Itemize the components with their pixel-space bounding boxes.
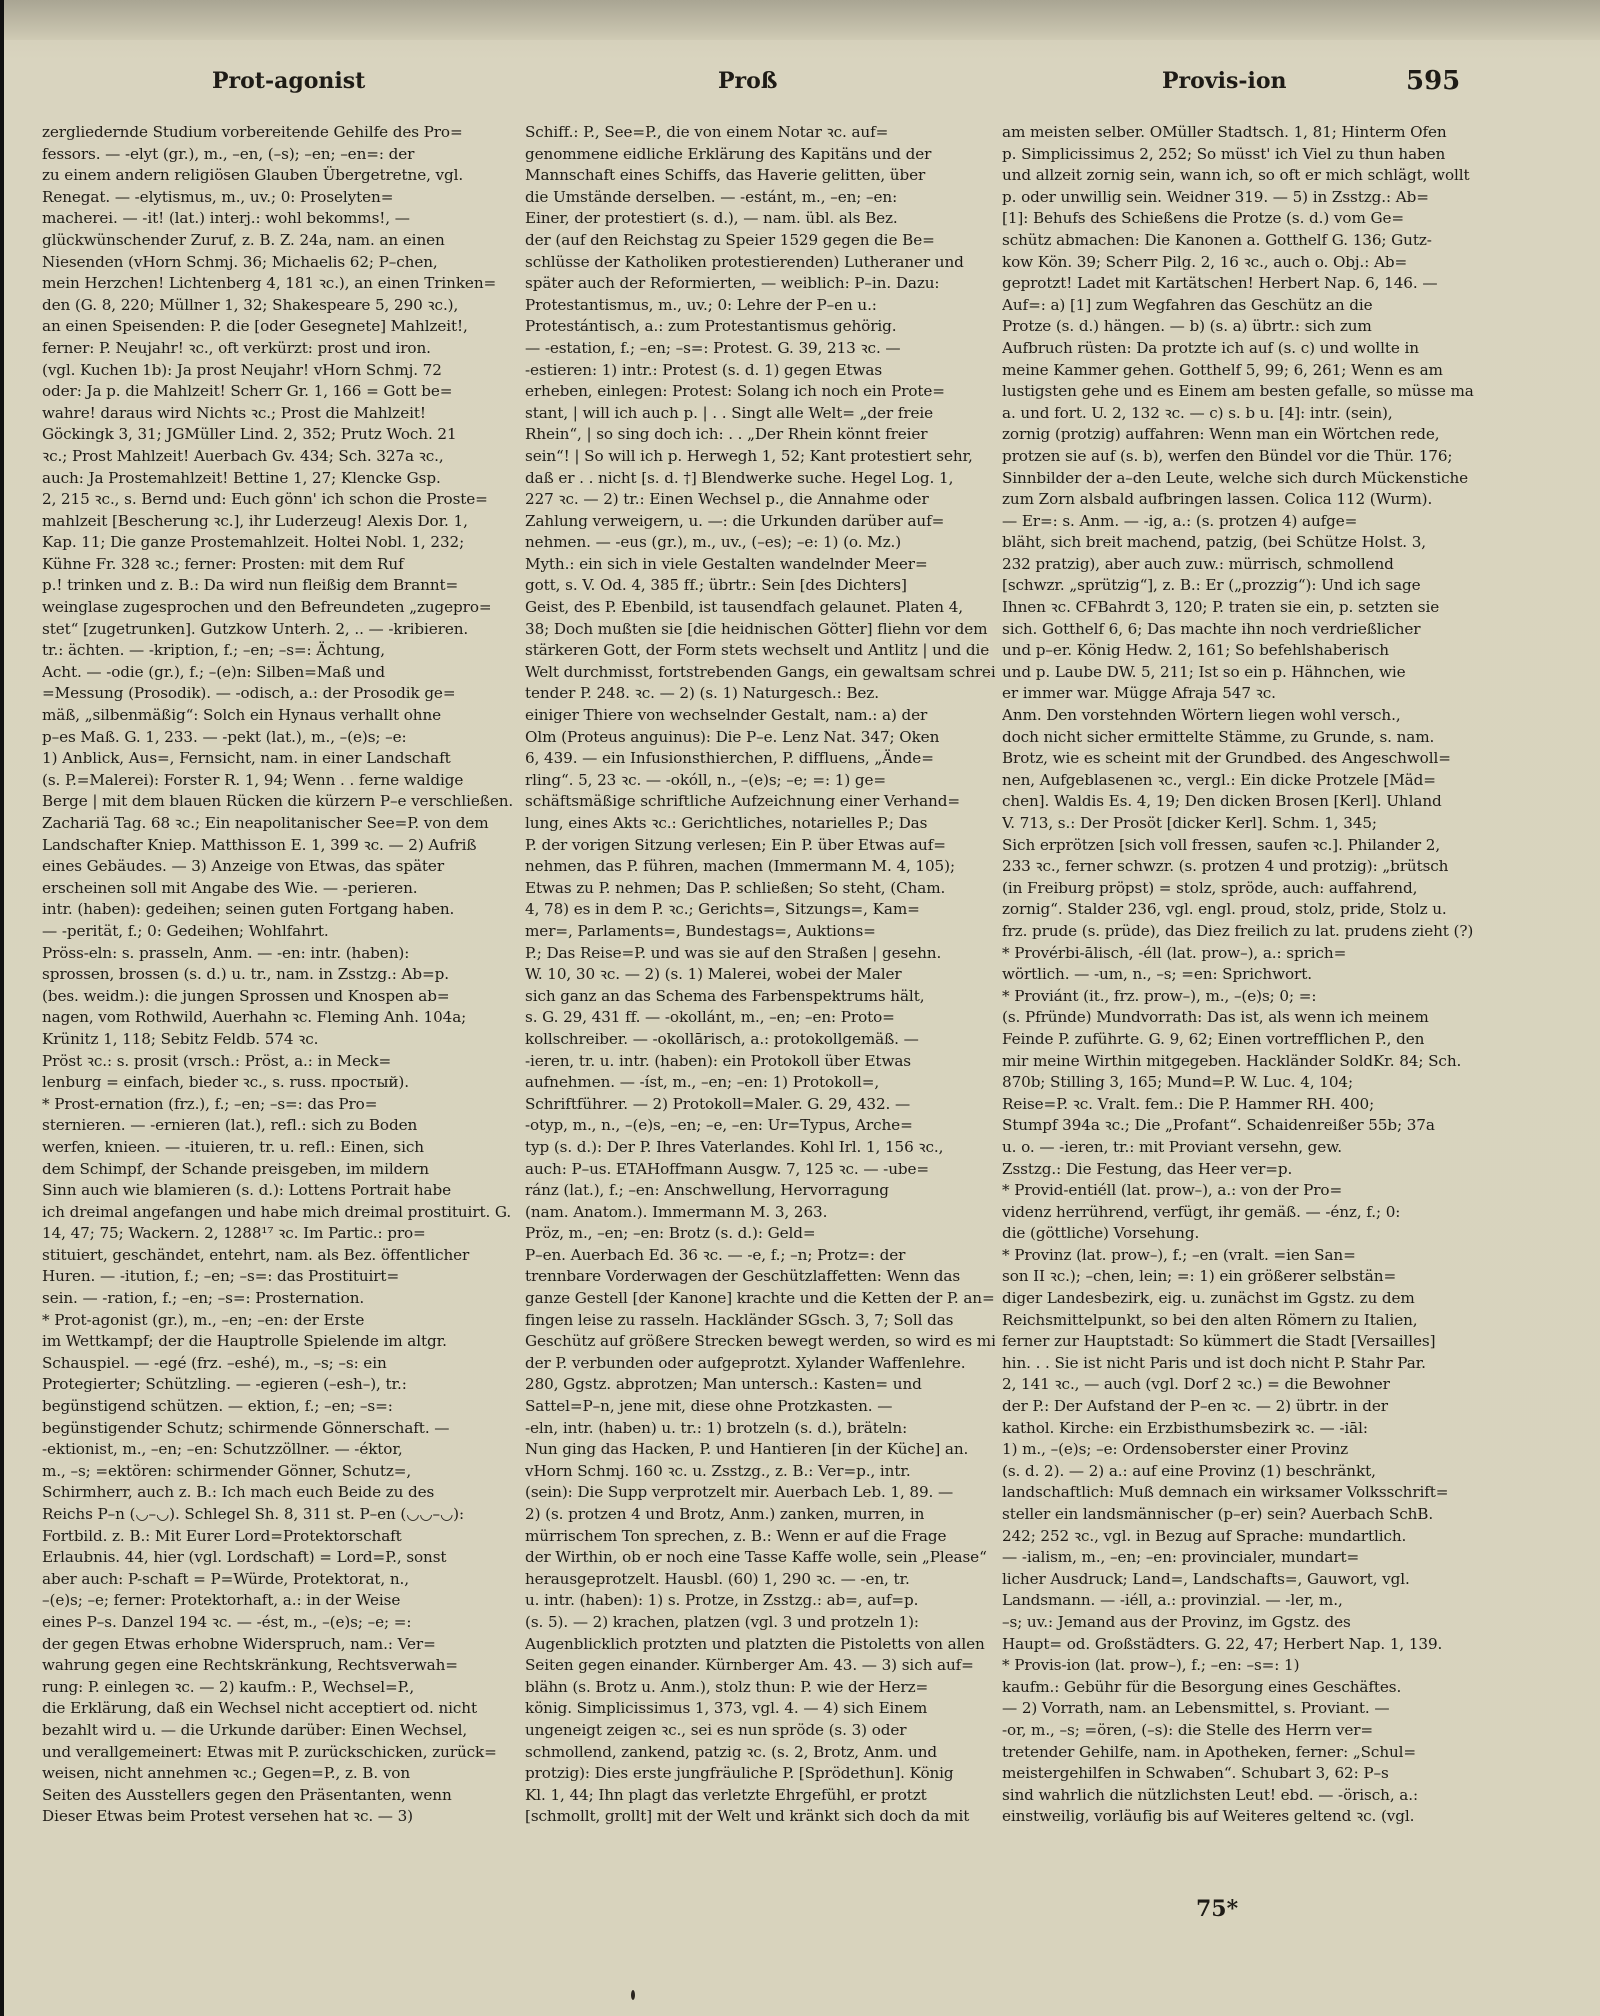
text-line: Ihnen ꝛc. CFBahrdt 3, 120; P. traten sie… (1002, 597, 1474, 619)
text-line: protzen sie auf (s. b), werfen den Bünde… (1002, 446, 1474, 468)
left-guideword: Prot-agonist (212, 68, 365, 94)
text-line: zu einem andern religiösen Glauben Überg… (42, 165, 512, 187)
text-line: und p–er. König Hedw. 2, 161; So befehls… (1002, 640, 1474, 662)
text-line: p.! trinken und z. B.: Da wird nun fleiß… (42, 575, 512, 597)
text-line: ferner zur Hauptstadt: So kümmert die St… (1002, 1331, 1474, 1353)
text-line: (nam. Anatom.). Immermann M. 3, 263. (525, 1202, 995, 1224)
text-line: (s. P.=Malerei): Forster R. 1, 94; Wenn … (42, 770, 512, 792)
text-line: an einen Speisenden: P. die [oder Gesegn… (42, 316, 512, 338)
text-line: einiger Thiere von wechselnder Gestalt, … (525, 705, 995, 727)
text-line: kaufm.: Gebühr für die Besorgung eines G… (1002, 1677, 1474, 1699)
text-line: Pröst ꝛc.: s. prosit (vrsch.: Pröst, a.:… (42, 1051, 512, 1073)
text-line: * Prost-ernation (frz.), f.; –en; –s=: d… (42, 1094, 512, 1116)
text-line: licher Ausdruck; Land=, Landschafts=, Ga… (1002, 1569, 1474, 1591)
text-line: Auf=: a) [1] zum Wegfahren das Geschütz … (1002, 295, 1474, 317)
text-line: der gegen Etwas erhobne Widerspruch, nam… (42, 1634, 512, 1656)
text-line: Protestántisch, a.: zum Protestantismus … (525, 316, 995, 338)
center-guideword: Proß (718, 68, 778, 94)
text-line: bläht, sich breit machend, patzig, (bei … (1002, 532, 1474, 554)
text-line: daß er . . nicht [s. d. †] Blendwerke su… (525, 468, 995, 490)
text-line: Zsstzg.: Die Festung, das Heer ver=p. (1002, 1159, 1474, 1181)
text-line: sein“! | So will ich p. Herwegh 1, 52; K… (525, 446, 995, 468)
text-line: und verallgemeinert: Etwas mit P. zurück… (42, 1742, 512, 1764)
text-line: eines P–s. Danzel 194 ꝛc. — -ést, m., –(… (42, 1612, 512, 1634)
text-line: Welt durchmisst, fortstrebenden Gangs, e… (525, 662, 995, 684)
text-line: Zahlung verweigern, u. —: die Urkunden d… (525, 511, 995, 533)
text-line: s. G. 29, 431 ff. — -okollánt, m., –en; … (525, 1007, 995, 1029)
text-line: Dieser Etwas beim Protest versehen hat ꝛ… (42, 1806, 512, 1828)
page-left-edge (0, 0, 4, 2016)
text-line: protzig): Dies erste jungfräuliche P. [S… (525, 1763, 995, 1785)
text-line: schlüsse der Katholiken protestierenden)… (525, 252, 995, 274)
text-line: 242; 252 ꝛc., vgl. in Bezug auf Sprache:… (1002, 1526, 1474, 1548)
text-line: –(e)s; –e; ferner: Protektorhaft, a.: in… (42, 1590, 512, 1612)
text-line: fingen leise zu rasseln. Hackländer SGsc… (525, 1310, 995, 1332)
text-line: rung: P. einlegen ꝛc. — 2) kaufm.: P., W… (42, 1677, 512, 1699)
text-line: aber auch: P-schaft = P=Würde, Protektor… (42, 1569, 512, 1591)
text-line: gott, s. V. Od. 4, 385 ff.; übrtr.: Sein… (525, 575, 995, 597)
text-line: P.; Das Reise=P. und was sie auf den Str… (525, 943, 995, 965)
text-line: erscheinen soll mit Angabe des Wie. — -p… (42, 878, 512, 900)
text-line: blähn (s. Brotz u. Anm.), stolz thun: P.… (525, 1677, 995, 1699)
text-line: landschaftlich: Muß demnach ein wirksame… (1002, 1482, 1474, 1504)
text-line: =Messung (Prosodik). — -odisch, a.: der … (42, 683, 512, 705)
text-line: lung, eines Akts ꝛc.: Gerichtliches, not… (525, 813, 995, 835)
signature-mark: 75* (1196, 1896, 1238, 1922)
text-line: Pröss-eln: s. prasseln, Anm. — -en: intr… (42, 943, 512, 965)
text-line: [schwzr. „sprützig“], z. B.: Er („prozzi… (1002, 575, 1474, 597)
text-line: Sattel=P–n, jene mit, diese ohne Protzka… (525, 1396, 995, 1418)
text-line: sich ganz an das Schema des Farbenspektr… (525, 986, 995, 1008)
text-line: Schirmherr, auch z. B.: Ich mach euch Be… (42, 1482, 512, 1504)
text-line: Myth.: ein sich in viele Gestalten wande… (525, 554, 995, 576)
text-line: Protegierter; Schützling. — -egieren (–e… (42, 1374, 512, 1396)
text-line: Sinnbilder der a–den Leute, welche sich … (1002, 468, 1474, 490)
text-line: oder: Ja p. die Mahlzeit! Scherr Gr. 1, … (42, 381, 512, 403)
text-line: steller ein landsmännischer (p–er) sein?… (1002, 1504, 1474, 1526)
right-guideword: Provis-ion (1162, 68, 1287, 94)
text-line: Renegat. — -elytismus, m., uv.; 0: Prose… (42, 187, 512, 209)
text-line: wahre! daraus wird Nichts ꝛc.; Prost die… (42, 403, 512, 425)
text-line: der P.: Der Aufstand der P–en ꝛc. — 2) ü… (1002, 1396, 1474, 1418)
text-line: Berge | mit dem blauen Rücken die kürzer… (42, 791, 512, 813)
text-line: — -perität, f.; 0: Gedeihen; Wohlfahrt. (42, 921, 512, 943)
text-line: meine Kammer gehen. Gotthelf 5, 99; 6, 2… (1002, 360, 1474, 382)
text-line: Schauspiel. — -egé (frz. –eshé), m., –s;… (42, 1353, 512, 1375)
text-line: Augenblicklich protzten und platzten die… (525, 1634, 995, 1656)
text-line: videnz herrührend, verfügt, ihr gemäß. —… (1002, 1202, 1474, 1224)
text-line: begünstigender Schutz; schirmende Gönner… (42, 1418, 512, 1440)
text-line: Pröz, m., –en; –en: Brotz (s. d.): Geld= (525, 1223, 995, 1245)
text-line: (s. 5). — 2) krachen, platzen (vgl. 3 un… (525, 1612, 995, 1634)
text-line: sind wahrlich die nützlichsten Leut! ebd… (1002, 1785, 1474, 1807)
text-line: weinglase zugesprochen und den Befreunde… (42, 597, 512, 619)
text-line: * Prot-agonist (gr.), m., –en; –en: der … (42, 1310, 512, 1332)
text-line: Protestantismus, m., uv.; 0: Lehre der P… (525, 295, 995, 317)
text-line: * Provis-ion (lat. prow–), f.; –en: –s=:… (1002, 1655, 1474, 1677)
text-line: u. intr. (haben): 1) s. Protze, in Zsstz… (525, 1590, 995, 1612)
text-line: macherei. — -it! (lat.) interj.: wohl be… (42, 208, 512, 230)
scanned-dictionary-page: Prot-agonist Proß Provis-ion 595 zerglie… (0, 0, 1600, 2016)
text-line: [1]: Behufs des Schießens die Protze (s.… (1002, 208, 1474, 230)
text-line: -ektionist, m., –en; –en: Schutzzöllner.… (42, 1439, 512, 1461)
text-line: Sinn auch wie blamieren (s. d.): Lottens… (42, 1180, 512, 1202)
text-line: chen]. Waldis Es. 4, 19; Den dicken Bros… (1002, 791, 1474, 813)
text-line: mürrischem Ton sprechen, z. B.: Wenn er … (525, 1526, 995, 1548)
text-line: Landsmann. — -iéll, a.: provinzial. — -l… (1002, 1590, 1474, 1612)
text-line: — 2) Vorrath, nam. an Lebensmittel, s. P… (1002, 1698, 1474, 1720)
text-line: Landschafter Kniep. Matthisson E. 1, 399… (42, 835, 512, 857)
text-line: — -ialism, m., –en; –en: provincialer, m… (1002, 1547, 1474, 1569)
text-line: am meisten selber. OMüller Stadtsch. 1, … (1002, 122, 1474, 144)
text-line: mein Herzchen! Lichtenberg 4, 181 ꝛc.), … (42, 273, 512, 295)
text-line: schütz abmachen: Die Kanonen a. Gotthelf… (1002, 230, 1474, 252)
text-line: fessors. — -elyt (gr.), m., –en, (–s); –… (42, 144, 512, 166)
text-line: Schiff.: P., See=P., die von einem Notar… (525, 122, 995, 144)
text-line: ungeneigt zeigen ꝛc., sei es nun spröde … (525, 1720, 995, 1742)
text-line: wahrung gegen eine Rechtskränkung, Recht… (42, 1655, 512, 1677)
ink-speck (631, 1990, 635, 2000)
text-line: 233 ꝛc., ferner schwzr. (s. protzen 4 un… (1002, 856, 1474, 878)
text-line: [schmollt, grollt] mit der Welt und krän… (525, 1806, 995, 1828)
text-line: zergliedernde Studium vorbereitende Gehi… (42, 122, 512, 144)
text-line: Niesenden (vHorn Schmj. 36; Michaelis 62… (42, 252, 512, 274)
text-line: nehmen. — -eus (gr.), m., uv., (–es); –e… (525, 532, 995, 554)
text-line: (s. Pfründe) Mundvorrath: Das ist, als w… (1002, 1007, 1474, 1029)
text-line: Geschütz auf größere Strecken bewegt wer… (525, 1331, 995, 1353)
text-line: lustigsten gehe und es Einem am besten g… (1002, 381, 1474, 403)
text-line: rling“. 5, 23 ꝛc. — -okóll, n., –(e)s; –… (525, 770, 995, 792)
text-line: stant, | will ich auch p. | . . Singt al… (525, 403, 995, 425)
text-line: sich. Gotthelf 6, 6; Das machte ihn noch… (1002, 619, 1474, 641)
text-line: glückwünschender Zuruf, z. B. Z. 24a, na… (42, 230, 512, 252)
text-line: die Erklärung, daß ein Wechsel nicht acc… (42, 1698, 512, 1720)
text-line: Geist, des P. Ebenbild, ist tausendfach … (525, 597, 995, 619)
text-line: Brotz, wie es scheint mit der Grundbed. … (1002, 748, 1474, 770)
text-line: eines Gebäudes. — 3) Anzeige von Etwas, … (42, 856, 512, 878)
text-line: auch: Ja Prostemahlzeit! Bettine 1, 27; … (42, 468, 512, 490)
page-number: 595 (1406, 66, 1460, 96)
text-line: dem Schimpf, der Schande preisgeben, im … (42, 1159, 512, 1181)
text-line: der Wirthin, ob er noch eine Tasse Kaffe… (525, 1547, 995, 1569)
text-line: aufnehmen. — -íst, m., –en; –en: 1) Prot… (525, 1072, 995, 1094)
text-line: Kl. 1, 44; Ihn plagt das verletzte Ehrge… (525, 1785, 995, 1807)
text-line: — -estation, f.; –en; –s=: Protest. G. 3… (525, 338, 995, 360)
text-line: P. der vorigen Sitzung verlesen; Ein P. … (525, 835, 995, 857)
text-line: -or, m., –s; =ören, (–s): die Stelle des… (1002, 1720, 1474, 1742)
text-line: 870b; Stilling 3, 165; Mund=P. W. Luc. 4… (1002, 1072, 1474, 1094)
text-line: kathol. Kirche: ein Erzbisthumsbezirk ꝛc… (1002, 1418, 1474, 1440)
text-line: geprotzt! Ladet mit Kartätschen! Herbert… (1002, 273, 1474, 295)
text-line: -otyp, m., n., –(e)s, –en; –e, –en: Ur=T… (525, 1115, 995, 1137)
text-line: Acht. — -odie (gr.), f.; –(e)n: Silben=M… (42, 662, 512, 684)
text-line: 14, 47; 75; Wackern. 2, 1288¹⁷ ꝛc. Im Pa… (42, 1223, 512, 1245)
text-line: Nun ging das Hacken, P. und Hantieren [i… (525, 1439, 995, 1461)
text-line: (in Freiburg pröpst) = stolz, spröde, au… (1002, 878, 1474, 900)
text-line: * Provinz (lat. prow–), f.; –en (vralt. … (1002, 1245, 1474, 1267)
text-line: Sich erprötzen [sich voll fressen, saufe… (1002, 835, 1474, 857)
text-column-middle: Schiff.: P., See=P., die von einem Notar… (525, 122, 995, 1828)
text-line: p–es Maß. G. 1, 233. — -pekt (lat.), m.,… (42, 727, 512, 749)
text-line: Kap. 11; Die ganze Prostemahlzeit. Holte… (42, 532, 512, 554)
text-line: schmollend, zankend, patzig ꝛc. (s. 2, B… (525, 1742, 995, 1764)
text-line: Seiten gegen einander. Kürnberger Am. 43… (525, 1655, 995, 1677)
text-line: die Umstände derselben. — -estánt, m., –… (525, 187, 995, 209)
text-line: einstweilig, vorläufig bis auf Weiteres … (1002, 1806, 1474, 1828)
text-line: bezahlt wird u. — die Urkunde darüber: E… (42, 1720, 512, 1742)
text-line: und allzeit zornig sein, wann ich, so of… (1002, 165, 1474, 187)
text-line: (vgl. Kuchen 1b): Ja prost Neujahr! vHor… (42, 360, 512, 382)
text-line: trennbare Vorderwagen der Geschützlaffet… (525, 1266, 995, 1288)
text-line: stärkeren Gott, der Form stets wechselt … (525, 640, 995, 662)
text-line: tender P. 248. ꝛc. — 2) (s. 1) Naturgesc… (525, 683, 995, 705)
page-top-shadow (0, 0, 1600, 40)
text-line: Zachariä Tag. 68 ꝛc.; Ein neapolitanisch… (42, 813, 512, 835)
text-line: 280, Ggstz. abprotzen; Man untersch.: Ka… (525, 1374, 995, 1396)
text-line: -estieren: 1) intr.: Protest (s. d. 1) g… (525, 360, 995, 382)
text-line: a. und fort. U. 2, 132 ꝛc. — c) s. b u. … (1002, 403, 1474, 425)
text-line: 1) m., –(e)s; –e: Ordensoberster einer P… (1002, 1439, 1474, 1461)
text-line: Seiten des Ausstellers gegen den Präsent… (42, 1785, 512, 1807)
text-line: könig. Simplicissimus 1, 373, vgl. 4. — … (525, 1698, 995, 1720)
text-line: er immer war. Mügge Afraja 547 ꝛc. (1002, 683, 1474, 705)
text-line: 38; Doch mußten sie [die heidnischen Göt… (525, 619, 995, 641)
text-line: Kühne Fr. 328 ꝛc.; ferner: Prosten: mit … (42, 554, 512, 576)
text-line: son II ꝛc.); –chen, lein; =: 1) ein größ… (1002, 1266, 1474, 1288)
text-line: zornig (protzig) auffahren: Wenn man ein… (1002, 424, 1474, 446)
text-line: lenburg = einfach, bieder ꝛc., s. russ. … (42, 1072, 512, 1094)
text-line: * Provid-entiéll (lat. prow–), a.: von d… (1002, 1180, 1474, 1202)
text-line: zum Zorn alsbald aufbringen lassen. Coli… (1002, 489, 1474, 511)
text-line: Huren. — -itution, f.; –en; –s=: das Pro… (42, 1266, 512, 1288)
text-line: u. o. — -ieren, tr.: mit Proviant verseh… (1002, 1137, 1474, 1159)
text-line: Stumpf 394a ꝛc.; Die „Profant“. Schaiden… (1002, 1115, 1474, 1137)
text-line: m., –s; =ektören: schirmender Gönner, Sc… (42, 1461, 512, 1483)
text-column-right: am meisten selber. OMüller Stadtsch. 1, … (1002, 122, 1474, 1828)
text-line: nagen, vom Rothwild, Auerhahn ꝛc. Flemin… (42, 1007, 512, 1029)
text-line: nen, Aufgeblasenen ꝛc., vergl.: Ein dick… (1002, 770, 1474, 792)
text-line: der P. verbunden oder aufgeprotzt. Xylan… (525, 1353, 995, 1375)
text-line: * Proviánt (it., frz. prow–), m., –(e)s;… (1002, 986, 1474, 1008)
text-column-left: zergliedernde Studium vorbereitende Gehi… (42, 122, 512, 1828)
text-line: typ (s. d.): Der P. Ihres Vaterlandes. K… (525, 1137, 995, 1159)
text-line: werfen, knieen. — -ituieren, tr. u. refl… (42, 1137, 512, 1159)
text-line: kollschreiber. — -okollārisch, a.: proto… (525, 1029, 995, 1051)
text-line: W. 10, 30 ꝛc. — 2) (s. 1) Malerei, wobei… (525, 964, 995, 986)
text-line: Erlaubnis. 44, hier (vgl. Lordschaft) = … (42, 1547, 512, 1569)
text-line: P–en. Auerbach Ed. 36 ꝛc. — -e, f.; –n; … (525, 1245, 995, 1267)
text-line: 2, 215 ꝛc., s. Bernd und: Euch gönn' ich… (42, 489, 512, 511)
text-line: 2, 141 ꝛc., — auch (vgl. Dorf 2 ꝛc.) = d… (1002, 1374, 1474, 1396)
text-line: später auch der Reformierten, — weiblich… (525, 273, 995, 295)
text-line: der (auf den Reichstag zu Speier 1529 ge… (525, 230, 995, 252)
text-line: doch nicht sicher ermittelte Stämme, zu … (1002, 727, 1474, 749)
text-line: sprossen, brossen (s. d.) u. tr., nam. i… (42, 964, 512, 986)
text-line: Reise=P. ꝛc. Vralt. fem.: Die P. Hammer … (1002, 1094, 1474, 1116)
text-line: die (göttliche) Vorsehung. (1002, 1223, 1474, 1245)
text-line: ránz (lat.), f.; –en: Anschwellung, Herv… (525, 1180, 995, 1202)
text-line: * Provérbi-ālisch, -éll (lat. prow–), a.… (1002, 943, 1474, 965)
text-line: meistergehilfen in Schwaben“. Schubart 3… (1002, 1763, 1474, 1785)
text-line: Göckingk 3, 31; JGMüller Lind. 2, 352; P… (42, 424, 512, 446)
text-line: mäß, „silbenmäßig“: Solch ein Hynaus ver… (42, 705, 512, 727)
text-line: ꝛc.; Prost Mahlzeit! Auerbach Gv. 434; S… (42, 446, 512, 468)
text-line: weisen, nicht annehmen ꝛc.; Gegen=P., z.… (42, 1763, 512, 1785)
text-line: mahlzeit [Bescherung ꝛc.], ihr Luderzeug… (42, 511, 512, 533)
text-line: herausgeprotzelt. Hausbl. (60) 1, 290 ꝛc… (525, 1569, 995, 1591)
text-line: auch: P–us. ETAHoffmann Ausgw. 7, 125 ꝛc… (525, 1159, 995, 1181)
text-line: Haupt= od. Großstädters. G. 22, 47; Herb… (1002, 1634, 1474, 1656)
text-line: mer=, Parlaments=, Bundestags=, Auktions… (525, 921, 995, 943)
text-line: (sein): Die Supp verprotzelt mir. Auerba… (525, 1482, 995, 1504)
text-line: sein. — -ration, f.; –en; –s=: Prosterna… (42, 1288, 512, 1310)
text-line: p. Simplicissimus 2, 252; So müsst' ich … (1002, 144, 1474, 166)
text-line: 6, 439. — ein Infusionsthierchen, P. dif… (525, 748, 995, 770)
text-line: den (G. 8, 220; Müllner 1, 32; Shakespea… (42, 295, 512, 317)
text-line: und p. Laube DW. 5, 211; Ist so ein p. H… (1002, 662, 1474, 684)
text-line: nehmen, das P. führen, machen (Immermann… (525, 856, 995, 878)
running-header: Prot-agonist Proß Provis-ion 595 (0, 64, 1600, 104)
text-line: ich dreimal angefangen und habe mich dre… (42, 1202, 512, 1224)
text-line: ferner: P. Neujahr! ꝛc., oft verkürzt: p… (42, 338, 512, 360)
text-line: 227 ꝛc. — 2) tr.: Einen Wechsel p., die … (525, 489, 995, 511)
text-line: tretender Gehilfe, nam. in Apotheken, fe… (1002, 1742, 1474, 1764)
text-line: Krünitz 1, 118; Sebitz Feldb. 574 ꝛc. (42, 1029, 512, 1051)
text-line: p. oder unwillig sein. Weidner 319. — 5)… (1002, 187, 1474, 209)
text-line: kow Kön. 39; Scherr Pilg. 2, 16 ꝛc., auc… (1002, 252, 1474, 274)
text-line: 1) Anblick, Aus=, Fernsicht, nam. in ein… (42, 748, 512, 770)
text-line: -ieren, tr. u. intr. (haben): ein Protok… (525, 1051, 995, 1073)
text-line: ganze Gestell [der Kanone] krachte und d… (525, 1288, 995, 1310)
text-line: Aufbruch rüsten: Da protzte ich auf (s. … (1002, 338, 1474, 360)
text-line: Feinde P. zuführte. G. 9, 62; Einen vort… (1002, 1029, 1474, 1051)
text-line: zornig“. Stalder 236, vgl. engl. proud, … (1002, 899, 1474, 921)
text-line: Einer, der protestiert (s. d.), — nam. ü… (525, 208, 995, 230)
text-line: Reichsmittelpunkt, so bei den alten Röme… (1002, 1310, 1474, 1332)
text-line: stet“ [zugetrunken]. Gutzkow Unterh. 2, … (42, 619, 512, 641)
text-line: 4, 78) es in dem P. ꝛc.; Gerichts=, Sitz… (525, 899, 995, 921)
text-line: (bes. weidm.): die jungen Sprossen und K… (42, 986, 512, 1008)
text-line: erheben, einlegen: Protest: Solang ich n… (525, 381, 995, 403)
text-line: begünstigend schützen. — ektion, f.; –en… (42, 1396, 512, 1418)
text-line: Mannschaft eines Schiffs, das Haverie ge… (525, 165, 995, 187)
text-line: schäftsmäßige schriftliche Aufzeichnung … (525, 791, 995, 813)
text-line: Schriftführer. — 2) Protokoll=Maler. G. … (525, 1094, 995, 1116)
text-line: hin. . . Sie ist nicht Paris und ist doc… (1002, 1353, 1474, 1375)
text-line: vHorn Schmj. 160 ꝛc. u. Zsstzg., z. B.: … (525, 1461, 995, 1483)
text-line: -eln, intr. (haben) u. tr.: 1) brotzeln … (525, 1418, 995, 1440)
text-line: im Wettkampf; der die Hauptrolle Spielen… (42, 1331, 512, 1353)
text-line: genommene eidliche Erklärung des Kapitän… (525, 144, 995, 166)
text-line: 2) (s. protzen 4 und Brotz, Anm.) zanken… (525, 1504, 995, 1526)
text-line: frz. prude (s. prüde), das Diez freilich… (1002, 921, 1474, 943)
text-line: mir meine Wirthin mitgegeben. Hackländer… (1002, 1051, 1474, 1073)
text-line: wörtlich. — -um, n., –s; =en: Sprichwort… (1002, 964, 1474, 986)
text-line: Etwas zu P. nehmen; Das P. schließen; So… (525, 878, 995, 900)
text-line: stituiert, geschändet, entehrt, nam. als… (42, 1245, 512, 1267)
text-line: –s; uv.: Jemand aus der Provinz, im Ggst… (1002, 1612, 1474, 1634)
text-line: (s. d. 2). — 2) a.: auf eine Provinz (1)… (1002, 1461, 1474, 1483)
text-line: tr.: ächten. — -kription, f.; –en; –s=: … (42, 640, 512, 662)
text-line: sternieren. — -ernieren (lat.), refl.: s… (42, 1115, 512, 1137)
text-line: V. 713, s.: Der Prosöt [dicker Kerl]. Sc… (1002, 813, 1474, 835)
text-line: Anm. Den vorstehnden Wörtern liegen wohl… (1002, 705, 1474, 727)
text-line: Reichs P–n (◡–◡). Schlegel Sh. 8, 311 st… (42, 1504, 512, 1526)
text-line: Rhein“, | so sing doch ich: . . „Der Rhe… (525, 424, 995, 446)
text-line: — Er=: s. Anm. — -ig, a.: (s. protzen 4)… (1002, 511, 1474, 533)
text-line: Protze (s. d.) hängen. — b) (s. a) übrtr… (1002, 316, 1474, 338)
text-line: Fortbild. z. B.: Mit Eurer Lord=Protekto… (42, 1526, 512, 1548)
text-line: diger Landesbezirk, eig. u. zunächst im … (1002, 1288, 1474, 1310)
text-line: 232 pratzig), aber auch zuw.: mürrisch, … (1002, 554, 1474, 576)
text-line: Olm (Proteus anguinus): Die P–e. Lenz Na… (525, 727, 995, 749)
text-line: intr. (haben): gedeihen; seinen guten Fo… (42, 899, 512, 921)
